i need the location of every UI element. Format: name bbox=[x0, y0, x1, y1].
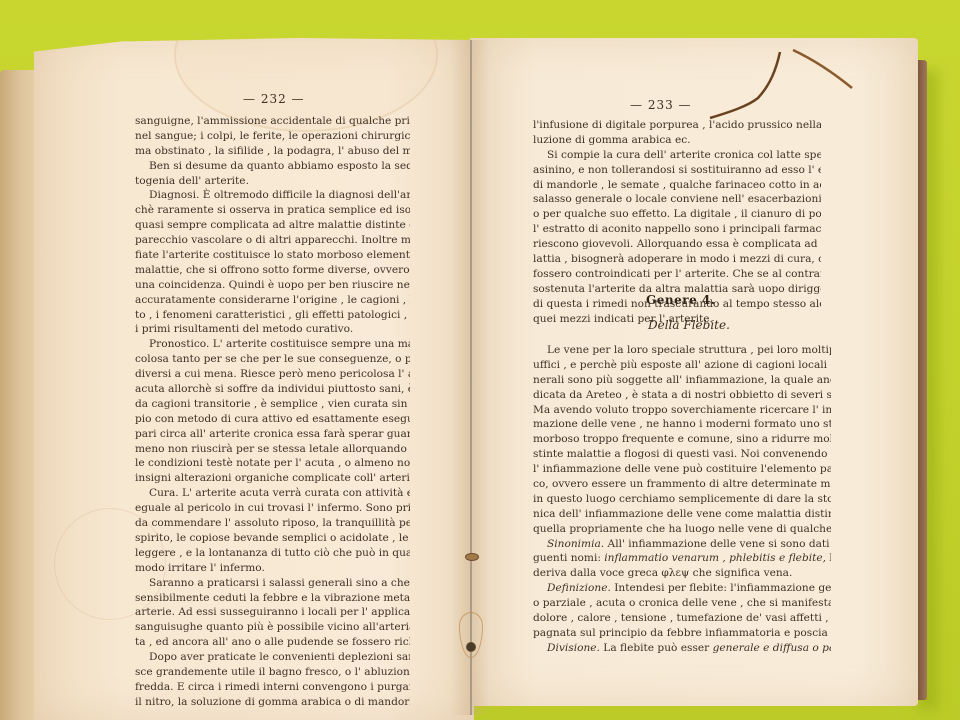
text-line: ma obstinato , la sifilide , la podagra,… bbox=[135, 144, 410, 159]
text-line: stinte malattie a flogosi di questi vasi… bbox=[533, 447, 831, 462]
text-line: chè raramente si osserva in pratica semp… bbox=[135, 203, 410, 218]
paragraph-pronostico-line: Pronostico. L' arterite costituisce semp… bbox=[135, 337, 410, 352]
left-page-number: — 232 — bbox=[243, 92, 305, 106]
text-line: dicata da Areteo , è stata a di nostri o… bbox=[533, 388, 831, 403]
text-line: pio con metodo di cura attivo ed esattam… bbox=[135, 412, 410, 427]
text-line: parecchio vascolare o di altri apparecch… bbox=[135, 233, 410, 248]
text-line: l' estratto di aconito nappello sono i p… bbox=[533, 222, 821, 237]
text-line: ta , ed ancora all' ano o alle pudende s… bbox=[135, 635, 410, 650]
text-line: pagnata sul principio da febbre infiamma… bbox=[533, 626, 831, 641]
divisione-line: Divisione. La flebite può esser generale… bbox=[533, 641, 831, 656]
text-line: togenia dell' arterite. bbox=[135, 174, 410, 189]
text-line: il nitro, la soluzione di gomma arabica … bbox=[135, 695, 410, 710]
text-line: Saranno a praticarsi i salassi generali … bbox=[135, 576, 410, 591]
text-line: co, ovvero essere un frammento di altre … bbox=[533, 477, 831, 492]
text-line: pari circa all' arterite cronica essa fa… bbox=[135, 427, 410, 442]
text-line: nerali sono più soggette all' infiammazi… bbox=[533, 373, 831, 388]
text-line: diversi a cui mena. Riesce però meno per… bbox=[135, 367, 410, 382]
text-line: spirito, le copiose bevande semplici o a… bbox=[135, 531, 410, 546]
text-span: All' infiammazione delle vene si sono da… bbox=[604, 538, 831, 550]
text-line: riescono giovevoli. Allorquando essa è c… bbox=[533, 237, 821, 252]
text-line: di mandorle , le semate , qualche farina… bbox=[533, 178, 821, 193]
paragraph-cura-line: Cura. L' arterite acuta verrà curata con… bbox=[135, 486, 410, 501]
text-line: salasso generale o locale conviene nell'… bbox=[533, 192, 821, 207]
text-line: Le vene per la loro speciale struttura ,… bbox=[533, 343, 831, 358]
text-line: fredda. E circa i rimedi interni conveng… bbox=[135, 680, 410, 695]
text-line: dolore , calore , tensione , tumefazione… bbox=[533, 611, 831, 626]
paragraph-diagnosi-line: Diagnosi. È oltremodo difficile la diagn… bbox=[135, 188, 410, 203]
text-line: nica dell' infiammazione delle vene come… bbox=[533, 507, 831, 522]
text-line: modo irritare l' infermo. bbox=[135, 561, 410, 576]
text-line: una coincidenza. Quindi è uopo per ben r… bbox=[135, 278, 410, 293]
text-line: o parziale , acuta o cronica delle vene … bbox=[533, 596, 831, 611]
text-line: l' infiammazione delle vene può costitui… bbox=[533, 462, 831, 477]
text-span: Intendesi per flebite: l'infiammazione g… bbox=[611, 582, 831, 594]
text-line: Ma avendo voluto troppo soverchiamente r… bbox=[533, 403, 831, 418]
text-line: acuta allorchè si soffre da individui pi… bbox=[135, 382, 410, 397]
section-subtitle: Della Flebite. bbox=[648, 318, 730, 332]
photo-scene: — 232 — sanguigne, l'ammissione accident… bbox=[0, 0, 960, 720]
text-line: asinino, e non tollerandosi si sostituir… bbox=[533, 163, 821, 178]
text-line: l'infusione di digitale porpurea , l'aci… bbox=[533, 118, 821, 133]
text-line: morboso troppo frequente e comune, sino … bbox=[533, 432, 831, 447]
text-line: sce grandemente utile il bagno fresco, o… bbox=[135, 665, 410, 680]
text-line: nel sangue; i colpi, le ferite, le opera… bbox=[135, 129, 410, 144]
text-line: fiate l'arterite costituisce lo stato mo… bbox=[135, 248, 410, 263]
text-line: luzione di gomma arabica ec. bbox=[533, 133, 821, 148]
text-line: fossero controindicati per l' arterite. … bbox=[533, 267, 821, 282]
text-line: malattie, che si offrono sotto forme div… bbox=[135, 263, 410, 278]
thread-knot bbox=[465, 553, 479, 561]
text-line: accuratamente considerarne l'origine , l… bbox=[135, 293, 410, 308]
text-line: guenti nomi: inflammatio venarum , phleb… bbox=[533, 551, 831, 566]
text-line: le condizioni testè notate per l' acuta … bbox=[135, 456, 410, 471]
text-line: Si compie la cura dell' arterite cronica… bbox=[533, 148, 821, 163]
text-line: uffici , e perchè più esposte all' azion… bbox=[533, 358, 831, 373]
water-stain bbox=[174, 0, 438, 132]
text-span: la quale bbox=[826, 552, 831, 564]
text-line: to , i fenomeni caratteristici , gli eff… bbox=[135, 308, 410, 323]
definizione-heading: Definizione. bbox=[547, 582, 611, 594]
left-page-text: sanguigne, l'ammissione accidentale di q… bbox=[135, 114, 410, 710]
divisione-heading: Divisione. bbox=[547, 642, 600, 654]
text-line: quasi sempre complicata ad altre malatti… bbox=[135, 218, 410, 233]
text-span: generale e diffusa o parziale bbox=[713, 642, 831, 654]
text-line: colosa tanto per se che per le sue conse… bbox=[135, 352, 410, 367]
text-line: insigni alterazioni organiche complicate… bbox=[135, 471, 410, 486]
latin-terms: inflammatio venarum , phlebitis e flebit… bbox=[604, 552, 826, 564]
text-line: i primi risultamenti del metodo curativo… bbox=[135, 322, 410, 337]
text-line: Ben si desume da quanto abbiamo esposto … bbox=[135, 159, 410, 174]
text-span: La flebite può esser bbox=[600, 642, 713, 654]
sinonimia-heading: Sinonimia. bbox=[547, 538, 604, 550]
text-line: sanguigne, l'ammissione accidentale di q… bbox=[135, 114, 410, 129]
text-line: in questo luogo cerchiamo semplicemente … bbox=[533, 492, 831, 507]
right-page-body: Le vene per la loro speciale struttura ,… bbox=[533, 343, 831, 656]
text-line: leggere , e la lontananza di tutto ciò c… bbox=[135, 546, 410, 561]
text-line: eguale al pericolo in cui trovasi l' inf… bbox=[135, 501, 410, 516]
text-line: da cagioni transitorie , è semplice , vi… bbox=[135, 397, 410, 412]
text-line: deriva dalla voce greca φλεψ che signifi… bbox=[533, 566, 831, 581]
text-line: lattia , bisognerà adoperare in modo i m… bbox=[533, 252, 821, 267]
text-line: sensibilmente ceduti la febbre e la vibr… bbox=[135, 591, 410, 606]
text-line: mazione delle vene , ne hanno i moderni … bbox=[533, 417, 831, 432]
sinonimia-line: Sinonimia. All' infiammazione delle vene… bbox=[533, 537, 831, 552]
text-line: sanguisughe quanto più è possibile vicin… bbox=[135, 620, 410, 635]
text-line: meno non riuscirà per se stessa letale a… bbox=[135, 442, 410, 457]
text-line: quella propriamente che ha luogo nelle v… bbox=[533, 522, 831, 537]
text-line: o per qualche suo effetto. La digitale ,… bbox=[533, 207, 821, 222]
section-heading: Genere 4. bbox=[646, 293, 715, 307]
definizione-line: Definizione. Intendesi per flebite: l'in… bbox=[533, 581, 831, 596]
page-tear bbox=[700, 40, 860, 120]
text-line: Dopo aver praticate le convenienti deple… bbox=[135, 650, 410, 665]
right-page-number: — 233 — bbox=[630, 98, 692, 112]
text-span: guenti nomi: bbox=[533, 552, 604, 564]
text-line: da commendare l' assoluto riposo, la tra… bbox=[135, 516, 410, 531]
text-line: arterie. Ad essi susseguiranno i locali … bbox=[135, 605, 410, 620]
